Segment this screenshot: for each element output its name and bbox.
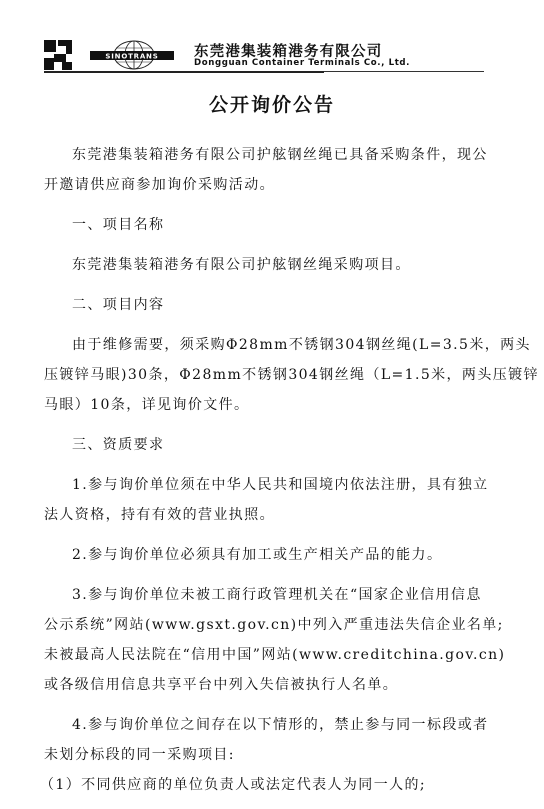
requirement-1-line-2: 法人资格，持有有效的营业执照。 (44, 500, 484, 530)
requirement-3-line-2: 公示系统”网站(www.gsxt.gov.cn)中列入严重违法失信企业名单; (44, 610, 484, 640)
requirement-3-line-4: 或各级信用信息共享平台中列入失信被执行人名单。 (44, 670, 484, 700)
intro-line-1: 东莞港集装箱港务有限公司护舷钢丝绳已具备采购条件，现公 (44, 140, 512, 170)
section-heading-3: 三、资质要求 (44, 430, 512, 460)
section-heading-2: 二、项目内容 (44, 290, 512, 320)
content-line-3: 马眼）10条，详见询价文件。 (44, 390, 484, 420)
header-divider-bold (44, 71, 324, 73)
letterhead: SINOTRANS 东莞港集装箱港务有限公司 Dongguan Containe… (44, 38, 484, 72)
svg-text:SINOTRANS: SINOTRANS (105, 52, 158, 60)
sinotrans-globe-logo-icon: SINOTRANS (82, 40, 180, 70)
content-line-2: 压镀锌马眼)30条，Φ28mm不锈钢304钢丝绳（L=1.5米，两头压镀锌 (44, 360, 484, 390)
requirement-4-line-1: 4.参与询价单位之间存在以下情形的，禁止参与同一标段或者 (44, 710, 512, 740)
project-name: 东莞港集装箱港务有限公司护舷钢丝绳采购项目。 (44, 250, 512, 280)
content-line-1: 由于维修需要，须采购Φ28mm不锈钢304钢丝绳(L=3.5米，两头 (44, 330, 512, 360)
company-name-en: Dongguan Container Terminals Co., Ltd. (194, 58, 410, 68)
company-logo-icon (44, 40, 74, 70)
section-heading-1: 一、项目名称 (44, 210, 512, 240)
requirement-4-item-1: （1）不同供应商的单位负责人或法定代表人为同一人的; (40, 770, 480, 800)
requirement-1-line-1: 1.参与询价单位须在中华人民共和国境内依法注册，具有独立 (44, 470, 512, 500)
document-title: 公开询价公告 (0, 90, 544, 117)
intro-line-2: 开邀请供应商参加询价采购活动。 (44, 170, 484, 200)
requirement-3-line-1: 3.参与询价单位未被工商行政管理机关在“国家企业信用信息 (44, 580, 512, 610)
requirement-4-line-2: 未划分标段的同一采购项目: (44, 740, 484, 770)
requirement-2: 2.参与询价单位必须具有加工或生产相关产品的能力。 (44, 540, 512, 570)
requirement-3-line-3: 未被最高人民法院在“信用中国”网站(www.creditchina.gov.cn… (44, 640, 484, 670)
